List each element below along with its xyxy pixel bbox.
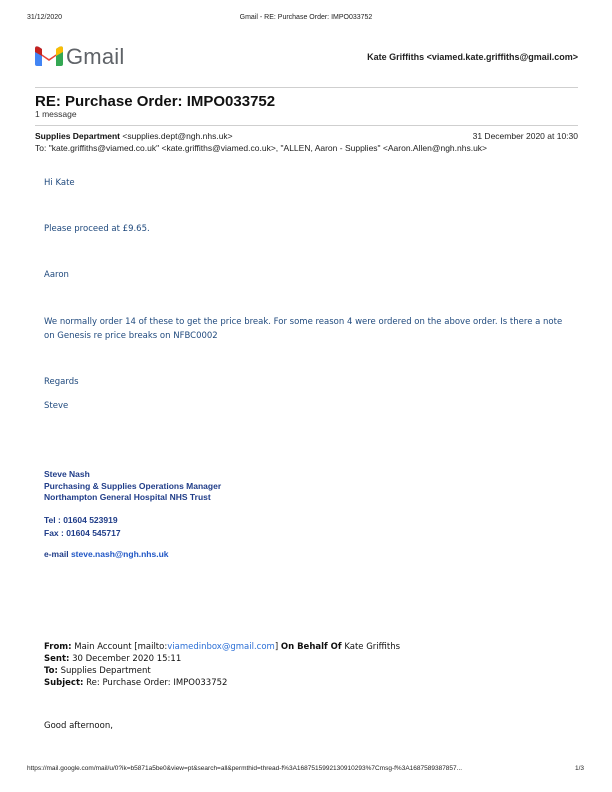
message-date: 31 December 2020 at 10:30 — [473, 131, 578, 141]
signature-contact: Tel : 01604 523919 Fax : 01604 545717 — [44, 514, 121, 540]
quoted-subject-label: Subject: — [44, 678, 83, 688]
message-count: 1 message — [35, 109, 77, 119]
gmail-m-icon — [35, 45, 63, 67]
sender: Supplies Department <supplies.dept@ngh.n… — [35, 131, 233, 141]
signature-email-label: e-mail — [44, 549, 69, 559]
signature-email-line: e-mail steve.nash@ngh.nhs.uk — [44, 549, 169, 561]
quoted-header: From: Main Account [mailto:viamedinbox@g… — [44, 641, 400, 689]
signature-org: Northampton General Hospital NHS Trust — [44, 492, 221, 504]
quoted-behalf-value: Kate Griffiths — [344, 642, 400, 652]
quoted-to-label: To: — [44, 666, 58, 676]
quoted-subject: Subject: Re: Purchase Order: IMPO033752 — [44, 677, 400, 689]
quoted-to-value: Supplies Department — [61, 666, 151, 676]
quoted-subject-value: Re: Purchase Order: IMPO033752 — [86, 678, 227, 688]
signature-fax: Fax : 01604 545717 — [44, 527, 121, 540]
greeting: Hi Kate — [44, 178, 75, 188]
body-paragraph: We normally order 14 of these to get the… — [44, 315, 574, 343]
print-title: Gmail - RE: Purchase Order: IMPO033752 — [0, 14, 612, 21]
quoted-sent: Sent: 30 December 2020 15:11 — [44, 653, 400, 665]
quoted-behalf-label: On Behalf Of — [281, 642, 342, 652]
body-line: Please proceed at £9.65. — [44, 224, 150, 234]
signature-email-link[interactable]: steve.nash@ngh.nhs.uk — [71, 549, 169, 559]
quoted-from: From: Main Account [mailto:viamedinbox@g… — [44, 641, 400, 653]
sender-name: Supplies Department — [35, 131, 120, 141]
quoted-sent-label: Sent: — [44, 654, 69, 664]
recipients: To: "kate.griffiths@viamed.co.uk" <kate.… — [35, 143, 487, 153]
quoted-from-label: From: — [44, 642, 72, 652]
quoted-from-close: ] — [275, 642, 278, 652]
signoff: Steve — [44, 401, 68, 411]
thread-subject: RE: Purchase Order: IMPO033752 — [35, 93, 275, 110]
account-identity: Kate Griffiths <viamed.kate.griffiths@gm… — [367, 52, 578, 62]
divider — [35, 125, 578, 126]
quoted-opening: Good afternoon, — [44, 720, 113, 732]
quoted-from-value: Main Account [mailto: — [74, 642, 167, 652]
quoted-sent-value: 30 December 2020 15:11 — [72, 654, 181, 664]
signature-role: Purchasing & Supplies Operations Manager — [44, 481, 221, 493]
signature-name: Steve Nash — [44, 469, 221, 481]
sender-email: <supplies.dept@ngh.nhs.uk> — [122, 131, 232, 141]
footer-url: https://mail.google.com/mail/u/0?ik=b587… — [27, 765, 462, 772]
quoted-to: To: Supplies Department — [44, 665, 400, 677]
quoted-from-link[interactable]: viamedinbox@gmail.com — [167, 642, 275, 652]
divider — [35, 87, 578, 88]
signature-block: Steve Nash Purchasing & Supplies Operati… — [44, 469, 221, 504]
body-line: Aaron — [44, 270, 69, 280]
page-number: 1/3 — [575, 765, 584, 772]
signature-tel: Tel : 01604 523919 — [44, 514, 121, 527]
regards: Regards — [44, 377, 79, 387]
gmail-wordmark: Gmail — [66, 44, 124, 70]
